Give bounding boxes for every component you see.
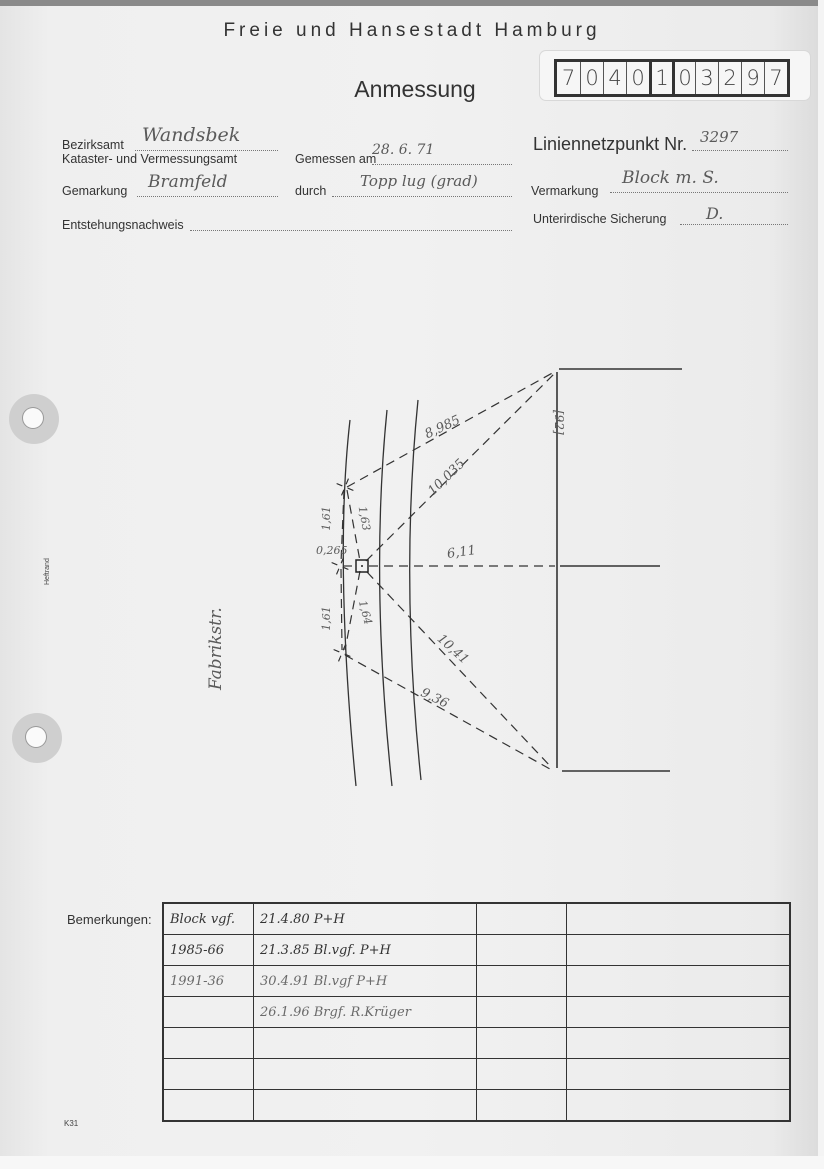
remarks-cell — [477, 935, 567, 966]
measure-left-lower: 1,61 — [320, 606, 333, 631]
remarks-cell: 26.1.96 Brgf. R.Krüger — [254, 997, 477, 1028]
remarks-table: Block vgf.21.4.80 P+H1985-6621.3.85 Bl.v… — [162, 902, 791, 1122]
remarks-label: Bemerkungen: — [67, 912, 152, 927]
form-code: K31 — [64, 1119, 78, 1128]
point-star-ray — [334, 650, 340, 652]
dim-bottom-long-diag — [367, 572, 552, 768]
remarks-cell — [567, 966, 791, 997]
remarks-cell — [567, 935, 791, 966]
remarks-cell — [254, 1028, 477, 1059]
remarks-cell — [477, 1059, 567, 1090]
remarks-cell — [254, 1090, 477, 1122]
street-name: Fabrikstr. — [206, 607, 226, 690]
point-star-ray — [346, 479, 348, 485]
building-number-label: [92] — [552, 410, 566, 435]
remarks-row — [163, 1090, 790, 1122]
remarks-cell — [163, 1090, 254, 1122]
measure-left-upper: 1,61 — [320, 506, 333, 531]
remarks-row: 1991-3630.4.91 Bl.vgf P+H — [163, 966, 790, 997]
dim-bottom-diag — [345, 655, 550, 769]
remarks-cell: 21.3.85 Bl.vgf. P+H — [254, 935, 477, 966]
remarks-cell — [477, 997, 567, 1028]
remarks-cell — [163, 1028, 254, 1059]
remarks-cell — [477, 966, 567, 997]
remarks-cell — [567, 1059, 791, 1090]
street-edge-right — [410, 400, 421, 780]
remarks-cell: Block vgf. — [163, 903, 254, 935]
remarks-row: 26.1.96 Brgf. R.Krüger — [163, 997, 790, 1028]
remarks-cell: 30.4.91 Bl.vgf P+H — [254, 966, 477, 997]
remarks-cell: 1991-36 — [163, 966, 254, 997]
street-edge-middle — [380, 410, 392, 786]
remarks-row — [163, 1028, 790, 1059]
remarks-cell — [567, 997, 791, 1028]
remarks-cell: 1985-66 — [163, 935, 254, 966]
point-star-ray — [332, 563, 338, 565]
remarks-cell — [477, 903, 567, 935]
dim-left-lower — [341, 569, 342, 650]
remarks-row: 1985-6621.3.85 Bl.vgf. P+H — [163, 935, 790, 966]
remarks-cell: 21.4.80 P+H — [254, 903, 477, 935]
remarks-row — [163, 1059, 790, 1090]
remarks-cell — [163, 1059, 254, 1090]
remarks-cell — [163, 997, 254, 1028]
remarks-row: Block vgf.21.4.80 P+H — [163, 903, 790, 935]
remarks-cell — [477, 1028, 567, 1059]
point-star-ray — [337, 484, 343, 486]
measure-offset: 0,265 — [316, 544, 348, 557]
remarks-cell — [567, 1028, 791, 1059]
remarks-cell — [477, 1090, 567, 1122]
remarks-cell — [567, 903, 791, 935]
remarks-cell — [567, 1090, 791, 1122]
remarks-cell — [254, 1059, 477, 1090]
